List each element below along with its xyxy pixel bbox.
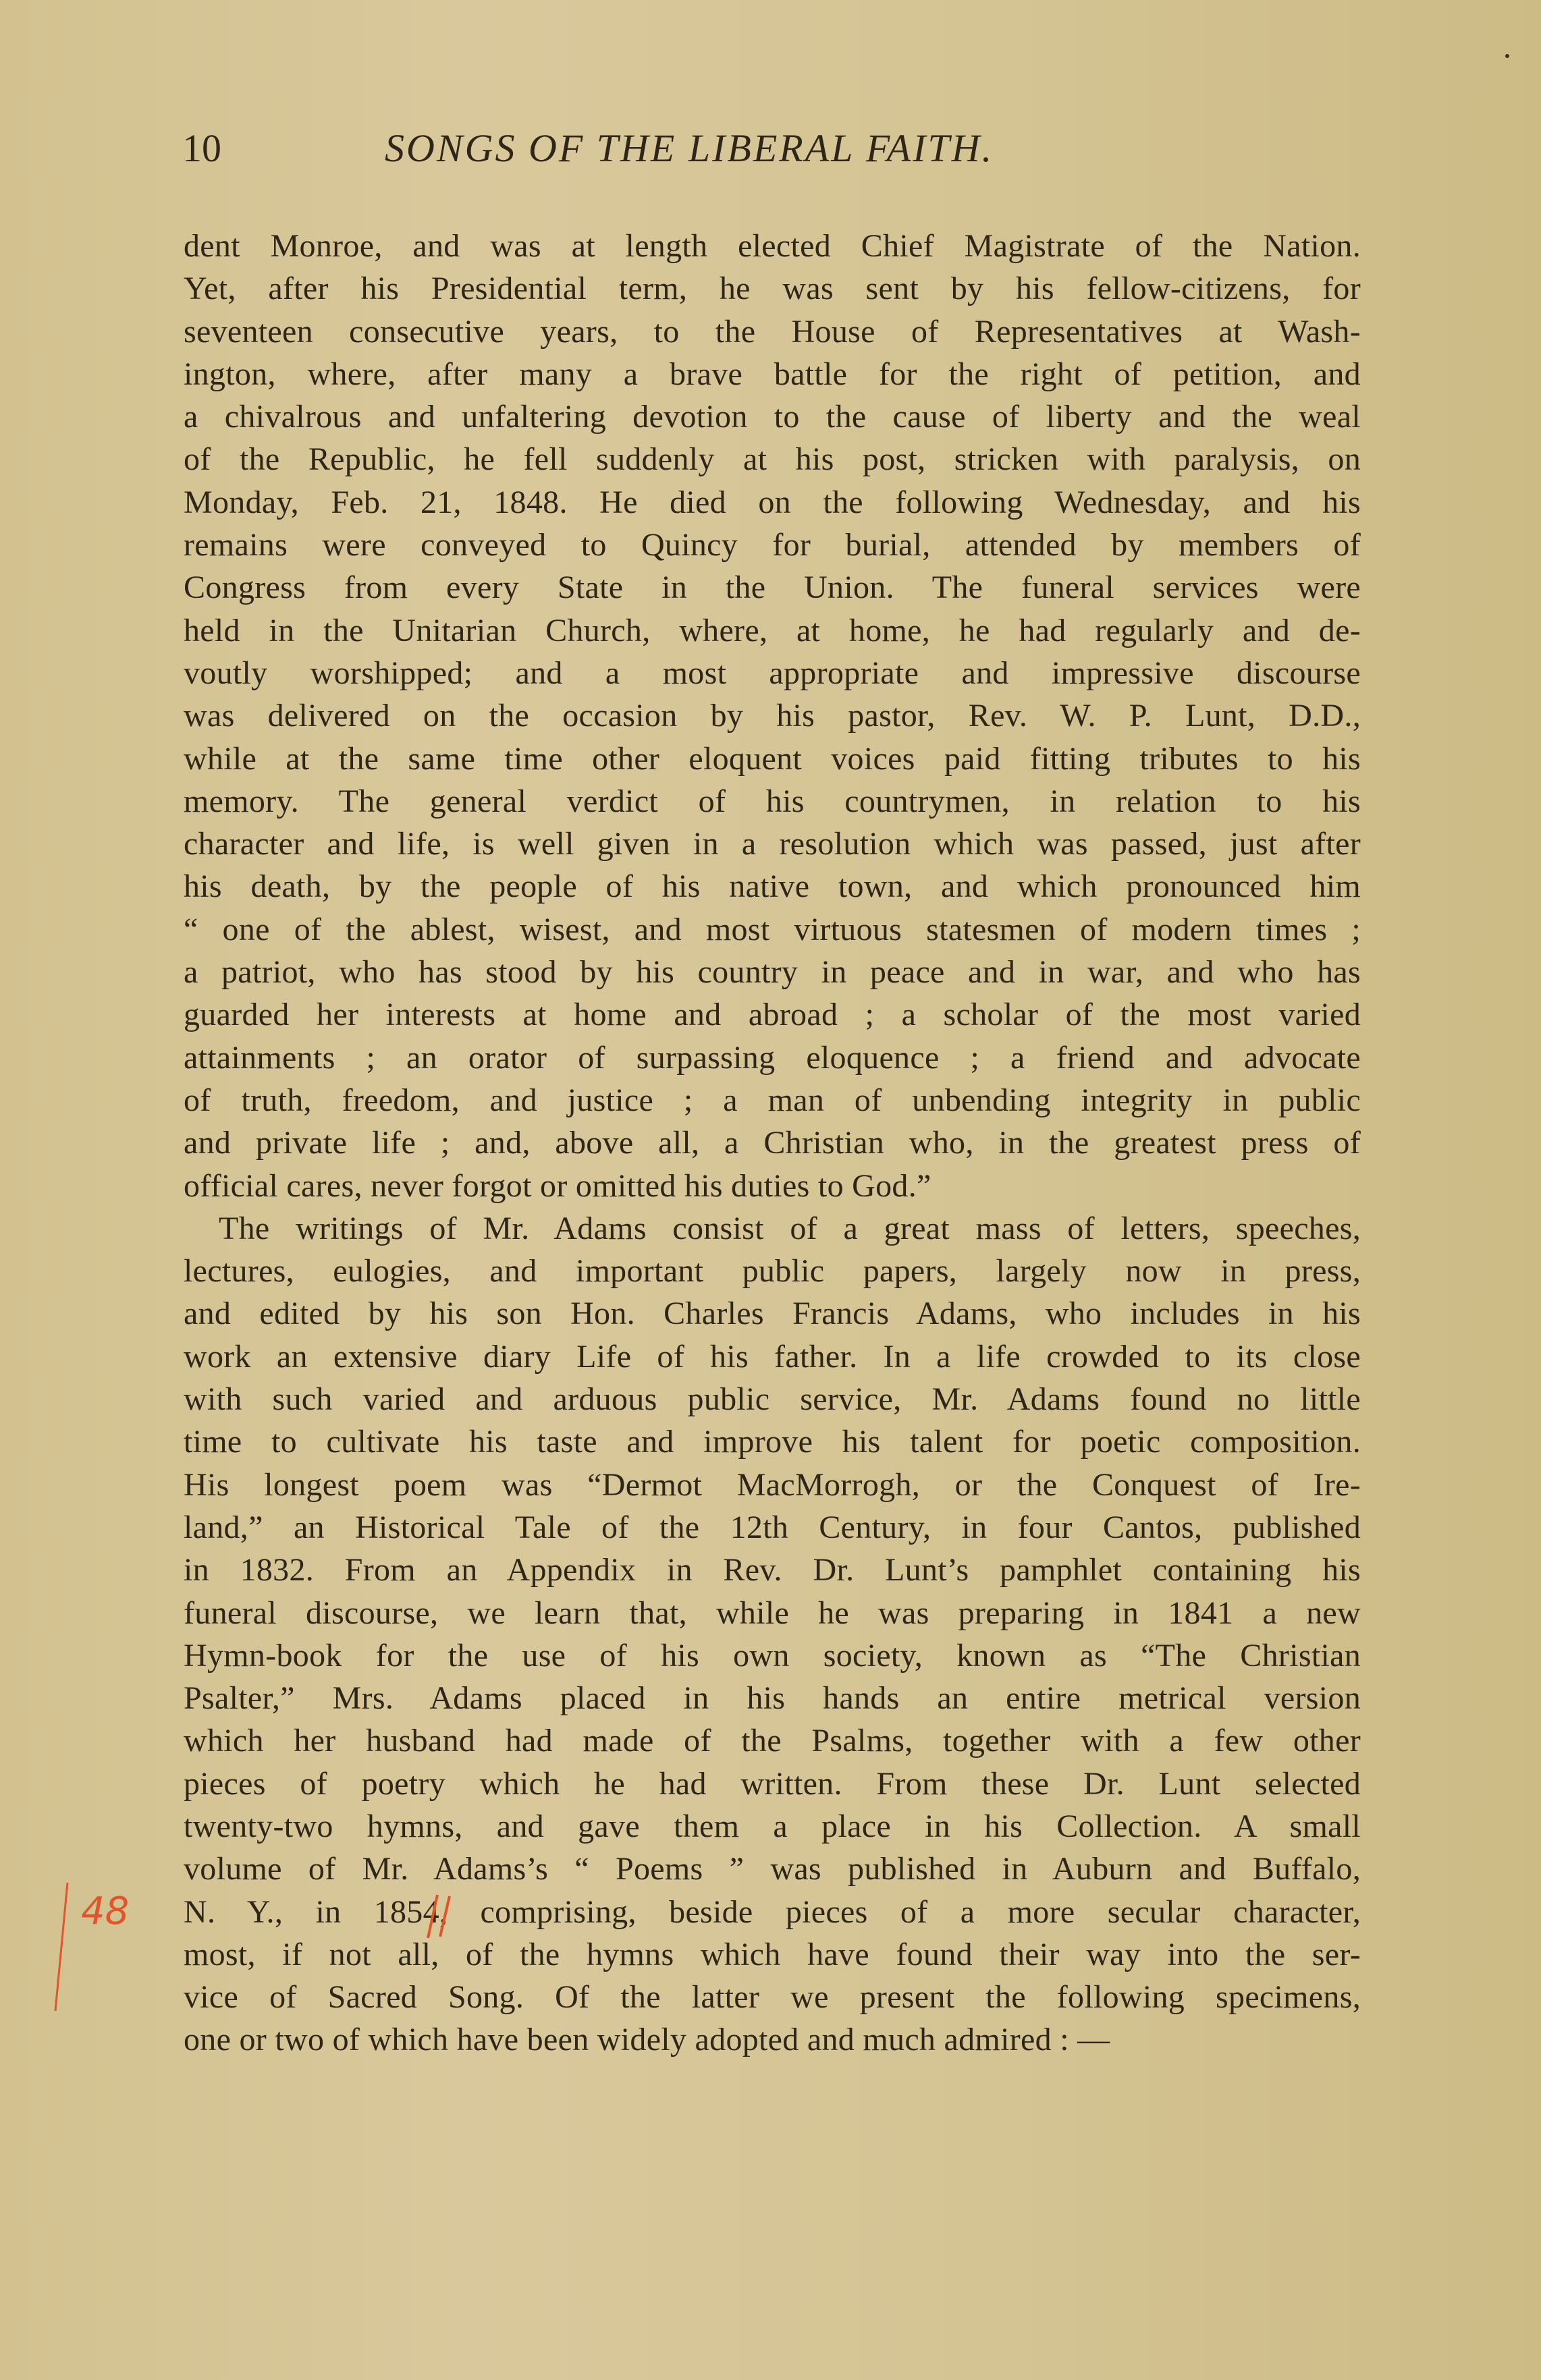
- text-line: Yet, after his Presidential term, he was…: [184, 267, 1361, 310]
- margin-note-text: 48: [81, 1889, 129, 1933]
- text-line: of truth, freedom, and justice ; a man o…: [184, 1079, 1361, 1122]
- paper-speck: [1505, 54, 1509, 58]
- paragraph-2: The writings of Mr. Adams consist of a g…: [184, 1207, 1361, 2061]
- text-line: was delivered on the occasion by his pas…: [184, 694, 1361, 737]
- text-line: Congress from every State in the Union. …: [184, 566, 1361, 609]
- text-line: his death, by the people of his native t…: [184, 865, 1361, 908]
- text-line: time to cultivate his taste and improve …: [184, 1420, 1361, 1463]
- text-line: of the Republic, he fell suddenly at his…: [184, 438, 1361, 480]
- text-line: ington, where, after many a brave battle…: [184, 353, 1361, 395]
- text-line: in 1832. From an Appendix in Rev. Dr. Lu…: [184, 1549, 1361, 1591]
- text-line: a patriot, who has stood by his country …: [184, 951, 1361, 993]
- text-line: with such varied and arduous public serv…: [184, 1378, 1361, 1420]
- text-line: remains were conveyed to Quincy for buri…: [184, 524, 1361, 566]
- strikethrough-mark-icon: [418, 1889, 459, 1943]
- text-line: twenty-two hymns, and gave them a place …: [184, 1805, 1361, 1848]
- text-line: Monday, Feb. 21, 1848. He died on the fo…: [184, 481, 1361, 524]
- text-line: “ one of the ablest, wisest, and most vi…: [184, 908, 1361, 951]
- text-line: a chivalrous and unfaltering devotion to…: [184, 395, 1361, 438]
- body-text: dent Monroe, and was at length elected C…: [184, 225, 1361, 2061]
- text-line: pieces of poetry which he had written. F…: [184, 1763, 1361, 1805]
- text-line: Hymn-book for the use of his own society…: [184, 1634, 1361, 1677]
- running-title: SONGS OF THE LIBERAL FAITH.: [385, 121, 994, 175]
- text-line: most, if not all, of the hymns which hav…: [184, 1933, 1361, 1976]
- running-head: 10 SONGS OF THE LIBERAL FAITH.: [182, 121, 1363, 175]
- text-line: work an extensive diary Life of his fath…: [184, 1335, 1361, 1378]
- text-line: official cares, never forgot or omitted …: [184, 1165, 1361, 1207]
- text-line: voutly worshipped; and a most appropriat…: [184, 652, 1361, 694]
- text-line: land,” an Historical Tale of the 12th Ce…: [184, 1506, 1361, 1549]
- text-line: seventeen consecutive years, to the Hous…: [184, 310, 1361, 353]
- text-line: The writings of Mr. Adams consist of a g…: [184, 1207, 1361, 1250]
- page-number: 10: [182, 121, 221, 175]
- margin-annotation: 48: [47, 1876, 155, 2038]
- text-line: one or two of which have been widely ado…: [184, 2018, 1361, 2061]
- text-line: which her husband had made of the Psalms…: [184, 1719, 1361, 1762]
- text-line: lectures, eulogies, and important public…: [184, 1250, 1361, 1292]
- text-line: vice of Sacred Song. Of the latter we pr…: [184, 1976, 1361, 2018]
- text-line: attainments ; an orator of surpassing el…: [184, 1036, 1361, 1079]
- text-line: character and life, is well given in a r…: [184, 823, 1361, 865]
- text-line: His longest poem was “Dermot MacMorrogh,…: [184, 1464, 1361, 1506]
- book-page: 10 SONGS OF THE LIBERAL FAITH. dent Monr…: [0, 0, 1541, 2380]
- paragraph-1: dent Monroe, and was at length elected C…: [184, 225, 1361, 1207]
- text-line: held in the Unitarian Church, where, at …: [184, 609, 1361, 652]
- text-line: and private life ; and, above all, a Chr…: [184, 1122, 1361, 1164]
- text-line: Psalter,” Mrs. Adams placed in his hands…: [184, 1677, 1361, 1719]
- text-line: N. Y., in 1854, comprising, beside piece…: [184, 1891, 1361, 1933]
- text-line: funeral discourse, we learn that, while …: [184, 1592, 1361, 1634]
- text-line: guarded her interests at home and abroad…: [184, 993, 1361, 1036]
- text-line: volume of Mr. Adams’s “ Poems ” was publ…: [184, 1848, 1361, 1890]
- text-line: while at the same time other eloquent vo…: [184, 738, 1361, 780]
- text-line: and edited by his son Hon. Charles Franc…: [184, 1292, 1361, 1335]
- text-line: dent Monroe, and was at length elected C…: [184, 225, 1361, 267]
- text-line: memory. The general verdict of his count…: [184, 780, 1361, 823]
